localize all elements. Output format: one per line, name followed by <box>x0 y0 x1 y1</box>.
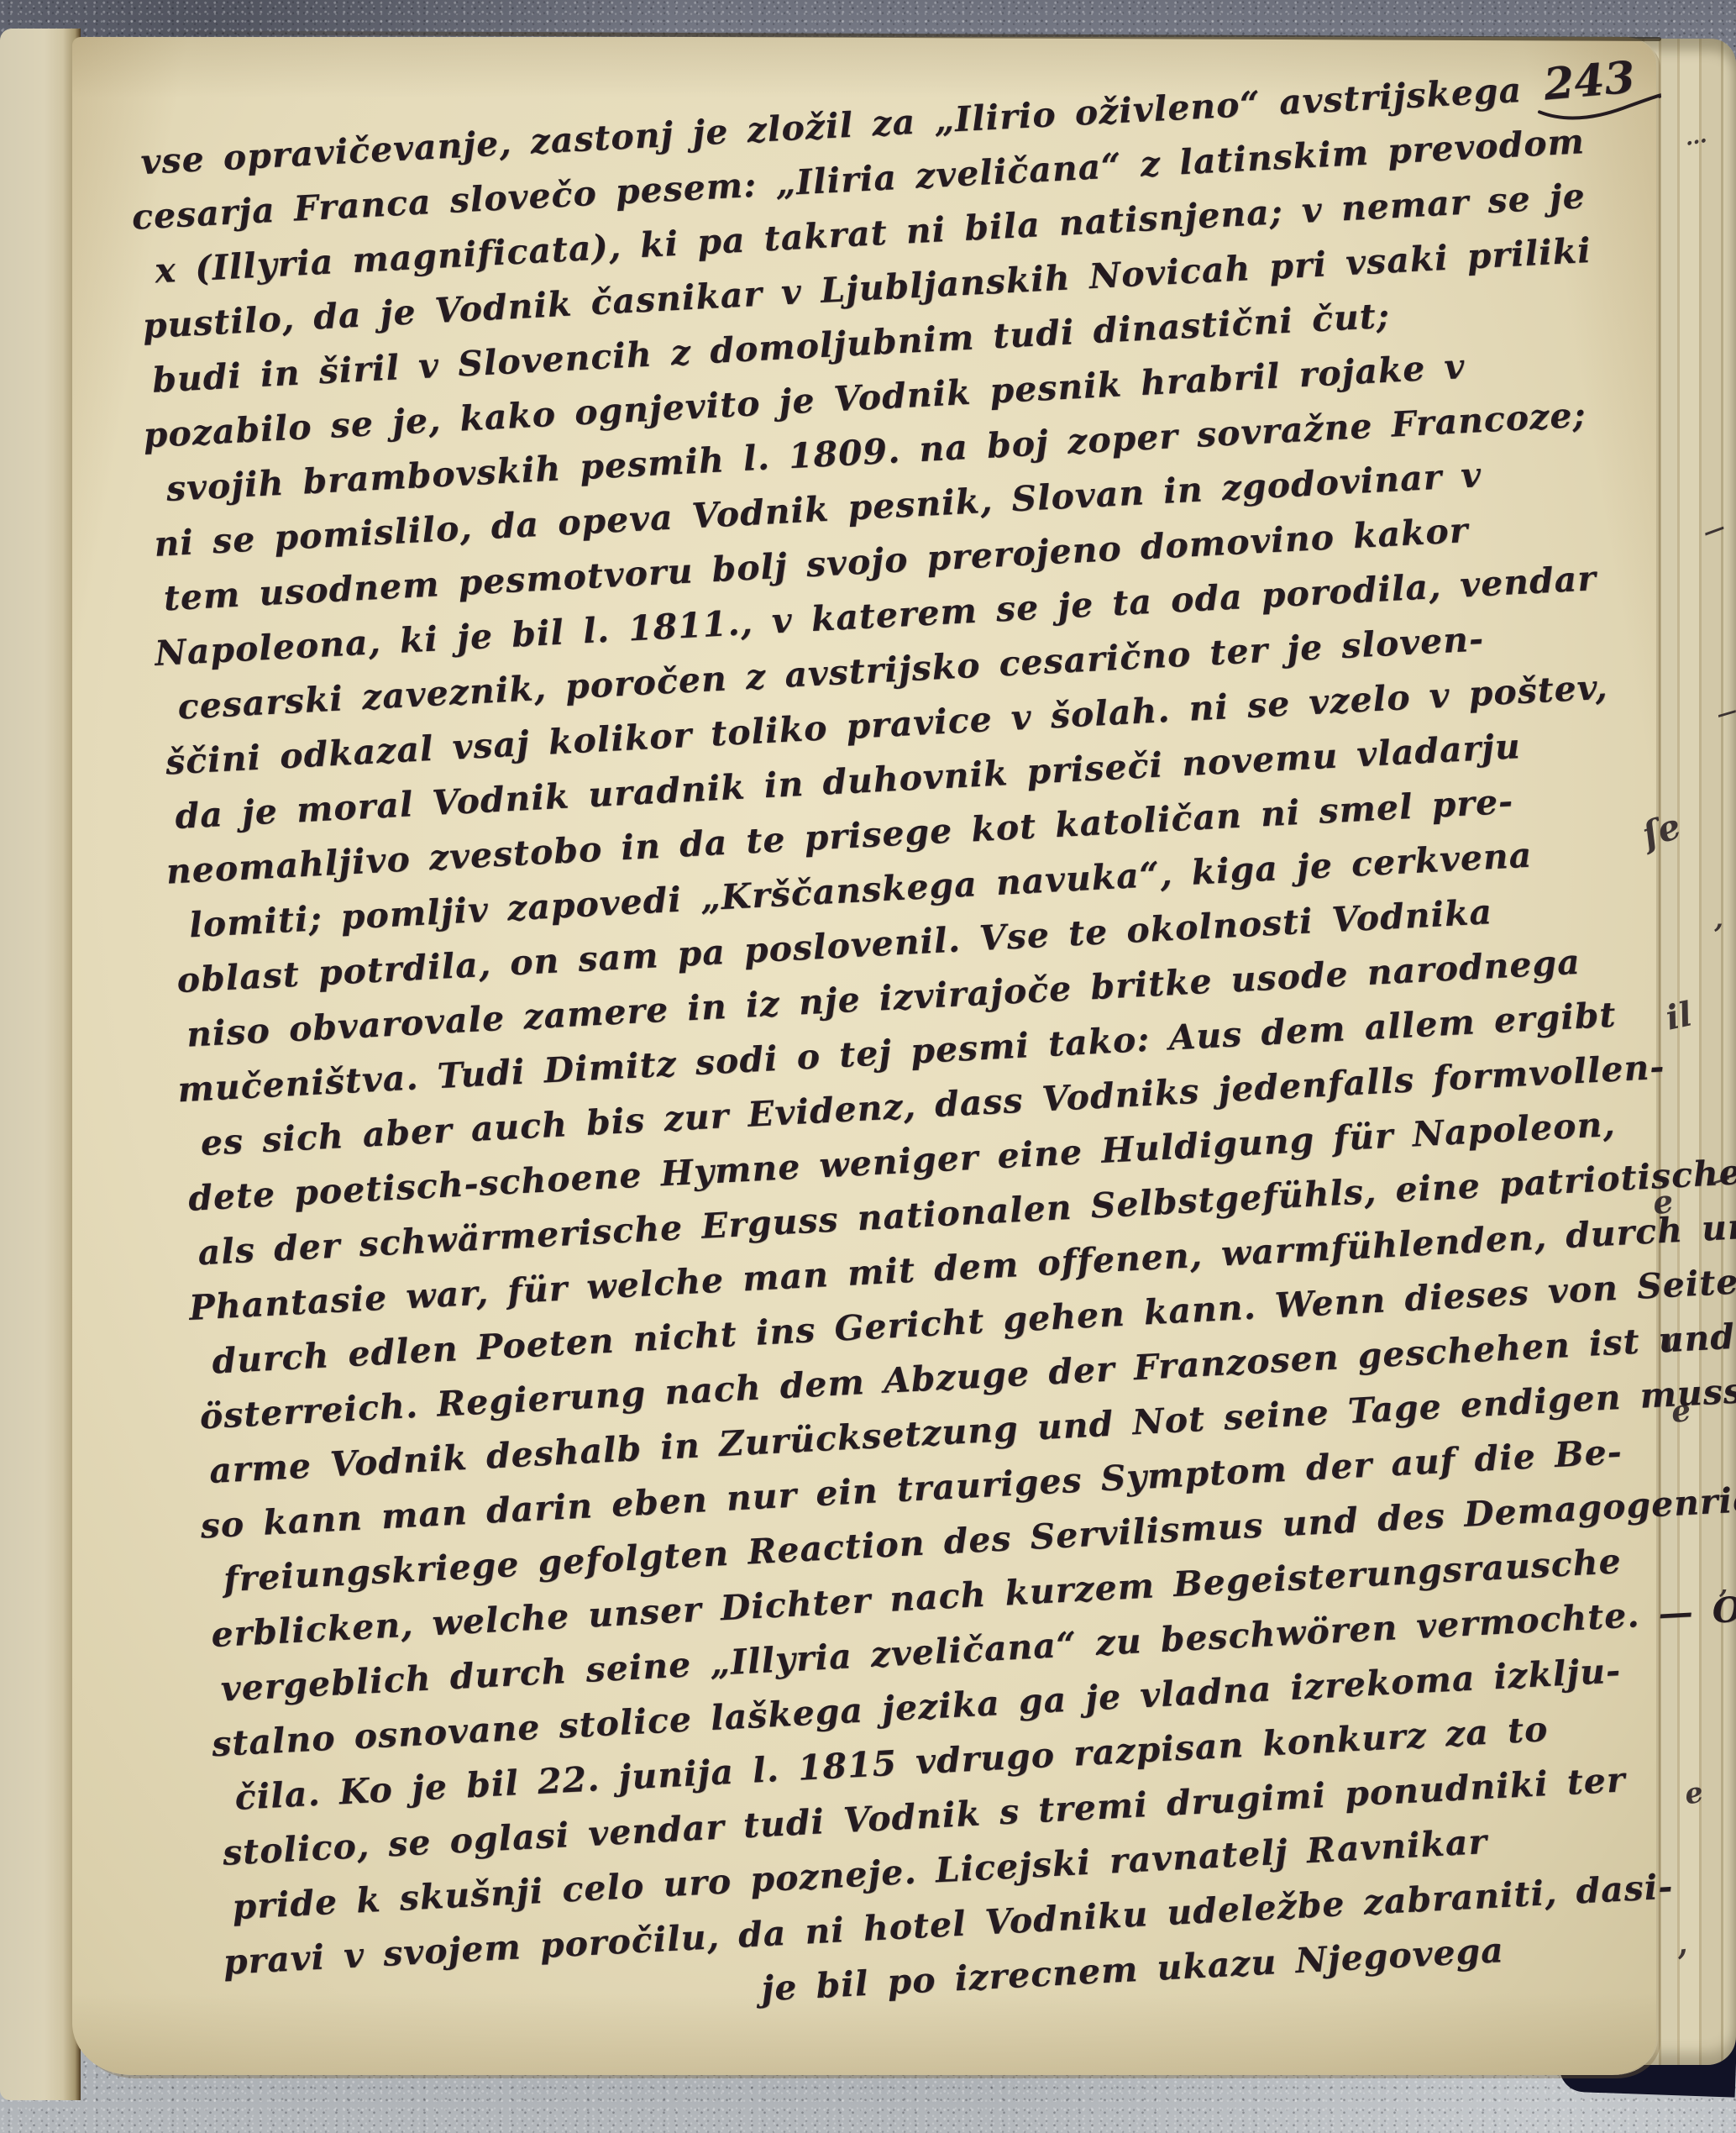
handwritten-text: vse opravičevanje, zastonj je zložil za … <box>126 57 1736 2045</box>
previous-page-edge <box>0 29 81 2100</box>
manuscript-page: 243 vse opravičevanje, zastonj je zložil… <box>72 37 1656 2075</box>
photo-background: 243 vse opravičevanje, zastonj je zložil… <box>0 0 1736 2133</box>
